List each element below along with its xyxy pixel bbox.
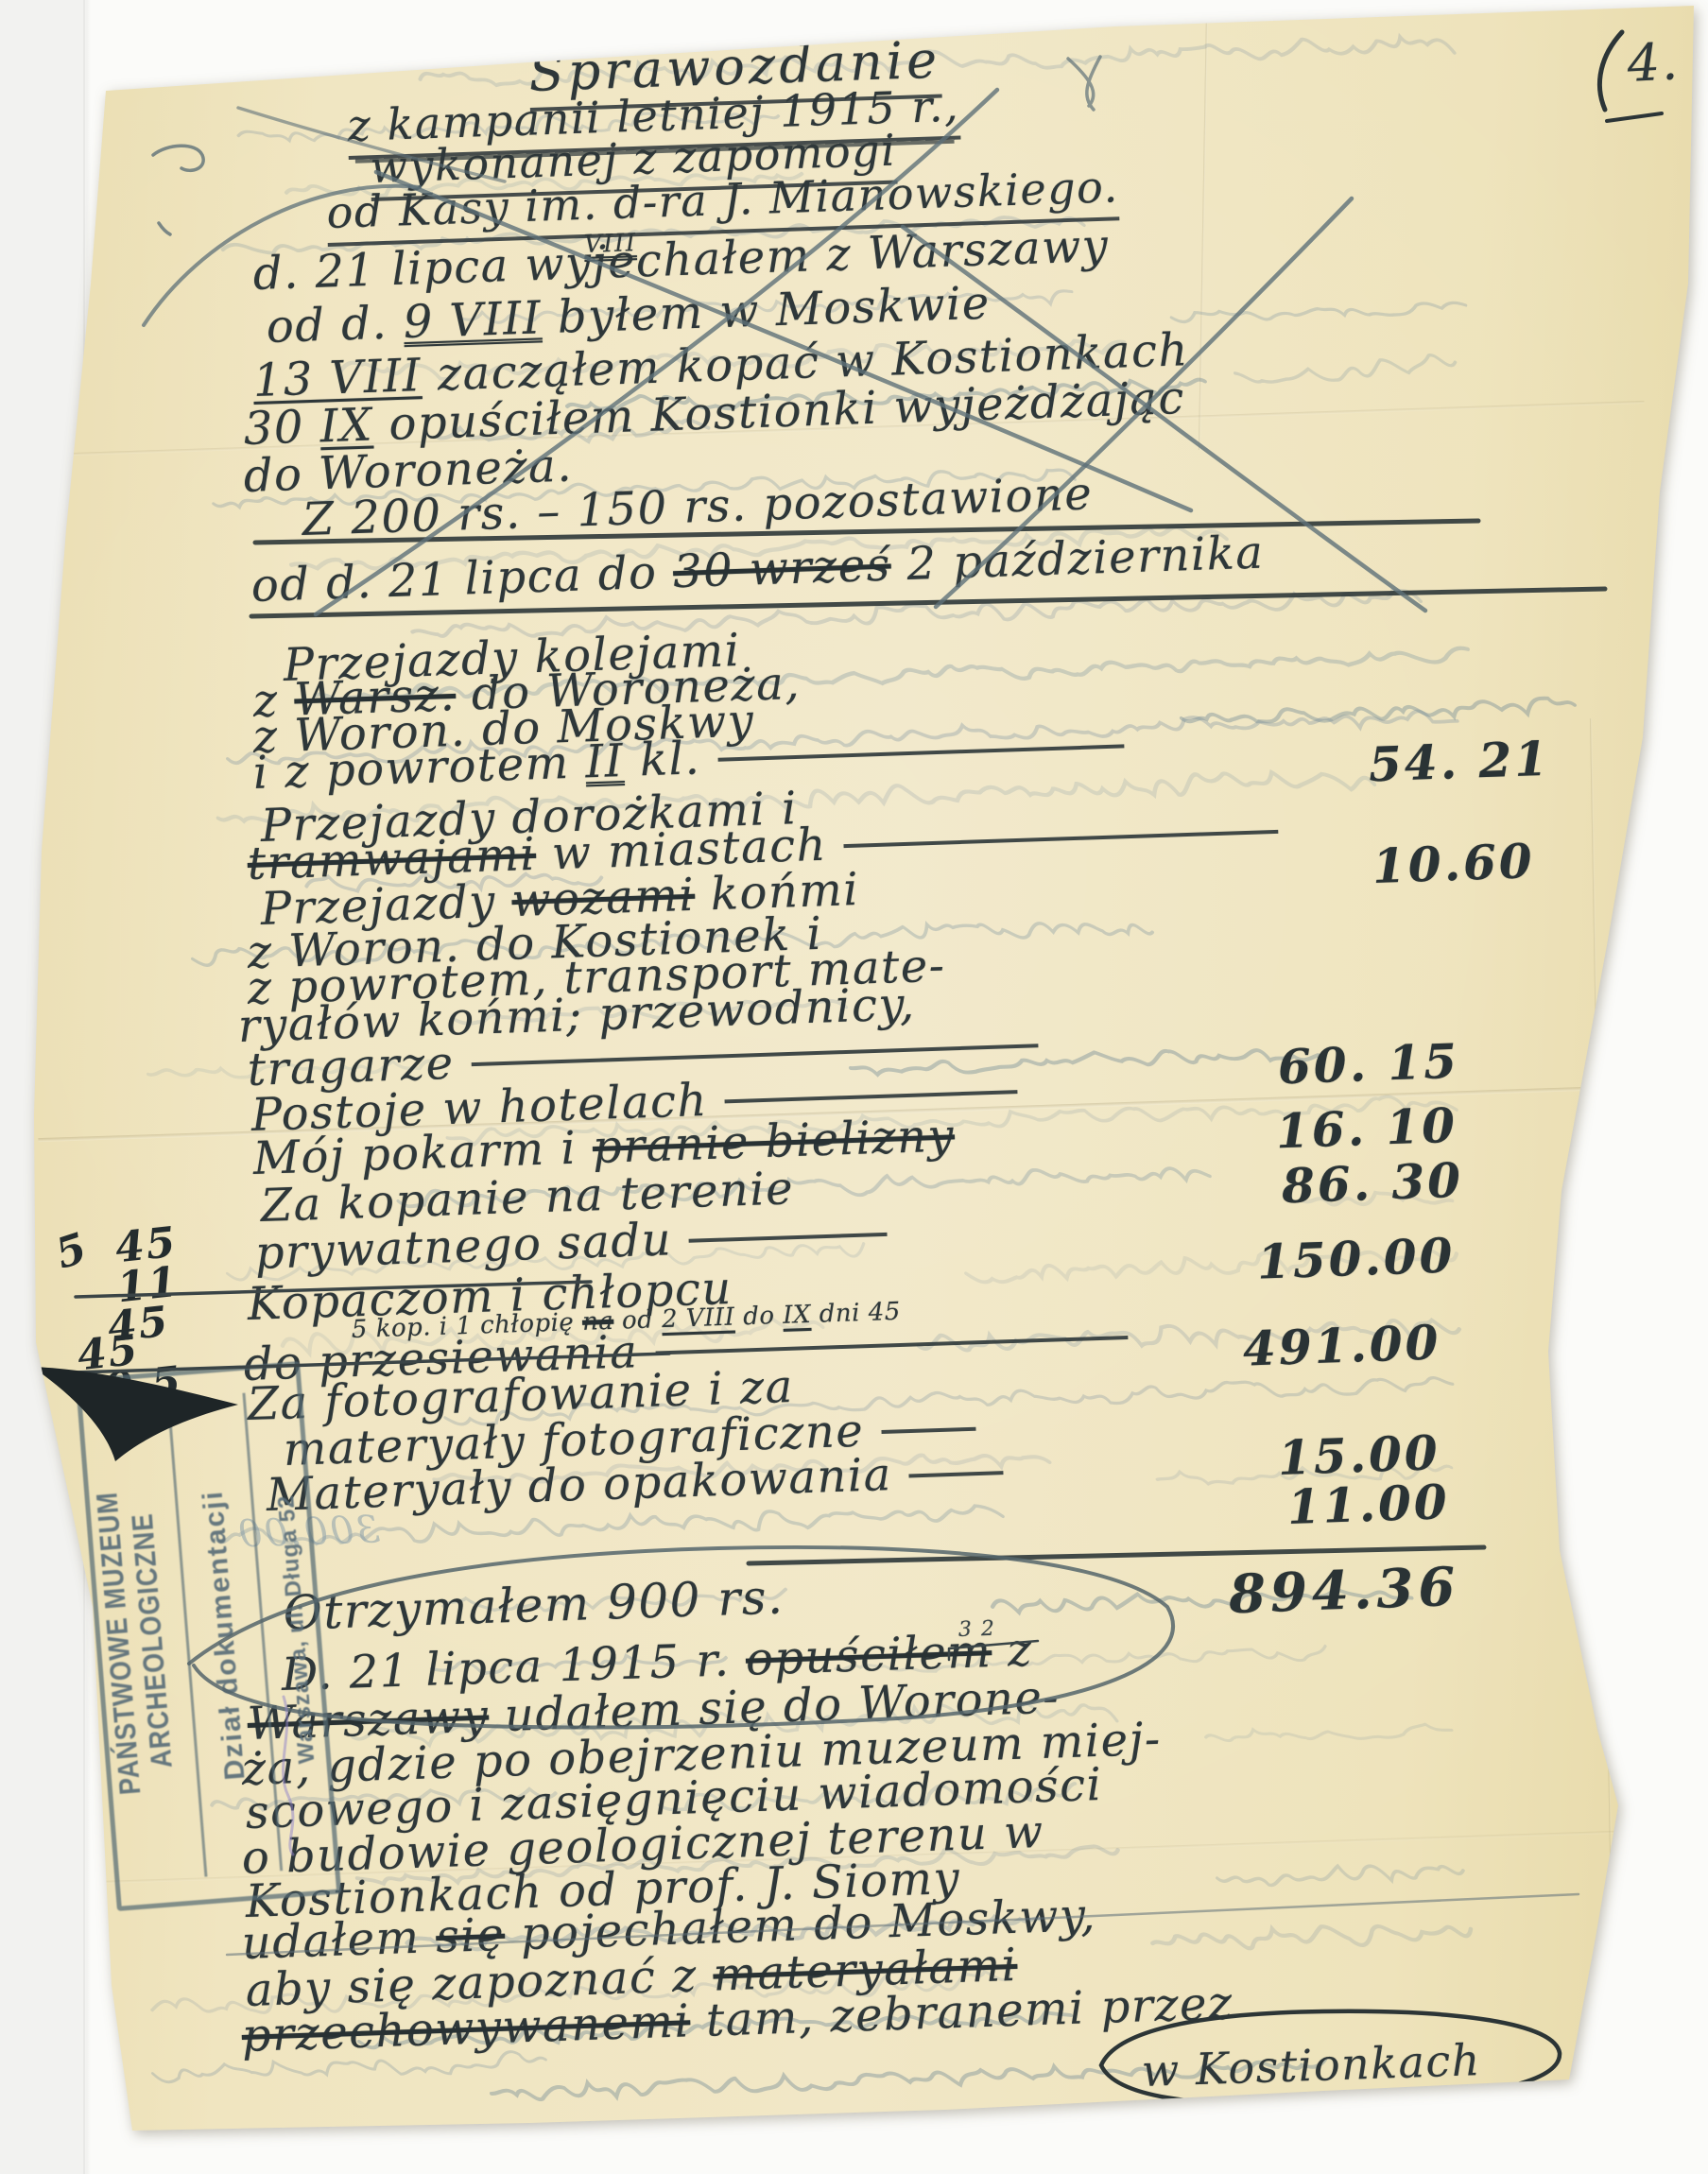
scanned-manuscript-page: 300.00 4. Sprawozdanie z kampanii letnie… [0,0,1708,2174]
page-number-paren [1599,32,1622,110]
circle-received [189,1547,1173,1728]
margin-sum-line-1 [76,1282,591,1297]
transpose-bracket [949,1641,1038,1660]
corner-squiggle [153,146,203,170]
paper-sheet: 300.00 4. Sprawozdanie z kampanii letnie… [0,0,1708,2174]
circle-location [1101,2011,1560,2105]
ink-blot-arrow [32,1367,238,1461]
ink-and-pencil-marks [0,0,1708,2174]
violet-mark [284,1697,293,1855]
pencil-cross-1 [376,172,1191,510]
pencil-stroke-top [238,108,505,181]
pencil-line-bottom [227,1894,1579,1955]
corner-dot [159,223,170,234]
page-number-underline [1607,113,1662,121]
corner-curve [144,186,420,325]
pencil-cross-4 [903,227,1425,611]
top-mark [1068,57,1100,110]
margin-sum-line-2 [74,1354,669,1372]
